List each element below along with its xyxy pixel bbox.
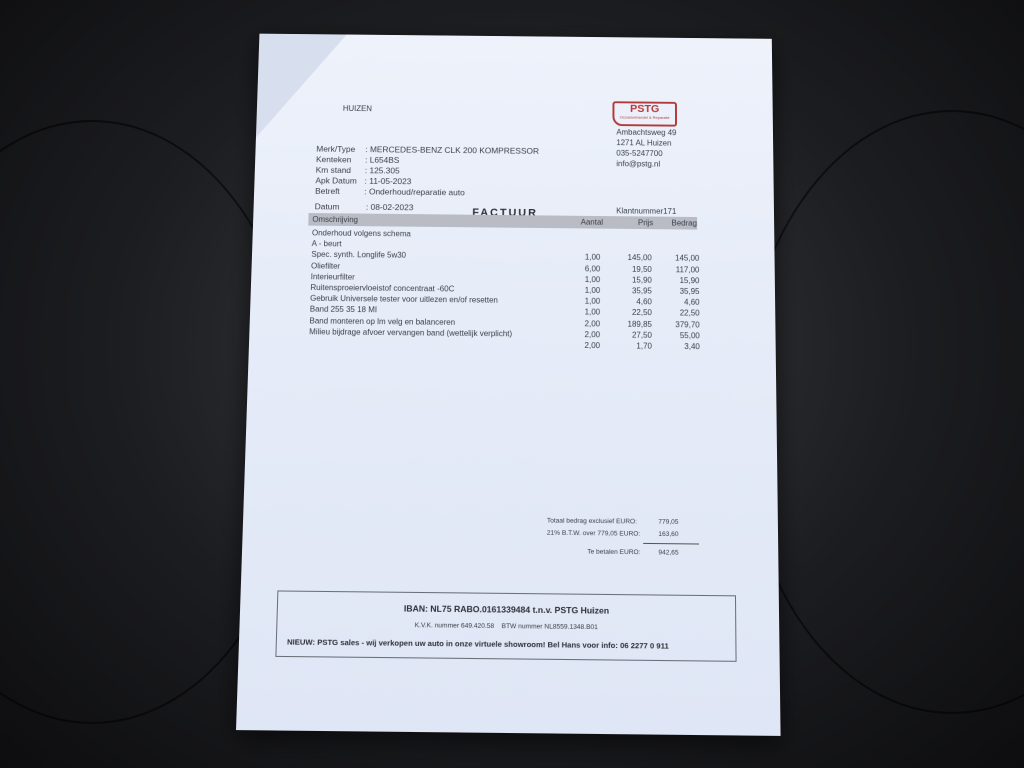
total-divider	[643, 543, 699, 545]
line-amount: 22,50	[652, 309, 700, 318]
company-phone: 035-5247700	[616, 149, 662, 158]
iban-line: IBAN: NL75 RABO.0161339484 t.n.v. PSTG H…	[278, 602, 735, 617]
line-quantity: 2,00	[560, 330, 600, 339]
line-description: Milieu bijdrage afvoer vervangen band (w…	[309, 327, 512, 338]
header-amount: Bedrag	[671, 219, 696, 228]
line-price: 15,90	[600, 275, 652, 284]
line-description: Onderhoud volgens schema	[312, 229, 411, 239]
header-description: Omschrijving	[312, 215, 358, 224]
line-price	[600, 242, 651, 243]
line-description: Oliefilter	[311, 261, 340, 270]
date-value: : 08-02-2023	[366, 202, 414, 212]
customer-number: Klantnummer171	[616, 207, 676, 216]
table-header: Omschrijving Aantal Prijs Bedrag	[308, 213, 697, 230]
line-price: 189,85	[600, 319, 652, 328]
line-price: 1,70	[600, 341, 652, 350]
vehicle-value: : L654BS	[365, 155, 400, 165]
invoice-paper: HUIZEN PSTG Occasionhandel & Reparatie A…	[236, 34, 781, 736]
line-description: Interieurfilter	[311, 272, 355, 281]
line-amount: 3,40	[652, 342, 700, 351]
vehicle-label: Betreft	[315, 186, 340, 196]
line-quantity: 1,00	[560, 297, 600, 306]
total-excl: Totaal bedrag exclusief EURO: 779,05	[547, 517, 637, 525]
vehicle-label: Km stand	[316, 165, 352, 175]
company-email: info@pstg.nl	[616, 159, 660, 168]
vehicle-label: Merk/Type	[316, 144, 355, 154]
line-description: Gebruik Universele tester voor uitlezen …	[310, 294, 498, 305]
company-city: 1271 AL Huizen	[616, 138, 671, 147]
line-price: 4,60	[600, 297, 652, 306]
line-price: 145,00	[600, 253, 651, 262]
line-amount: 55,00	[652, 331, 700, 340]
line-quantity: 2,00	[560, 341, 600, 350]
line-amount: 145,00	[652, 254, 700, 263]
line-description: A - beurt	[312, 239, 342, 248]
line-price: 35,95	[600, 286, 652, 295]
line-amount: 117,00	[652, 265, 700, 274]
line-quantity: 6,00	[561, 264, 601, 273]
vehicle-value: : MERCEDES-BENZ CLK 200 KOMPRESSOR	[365, 144, 539, 155]
total-due: Te betalen EURO: 942,65	[587, 548, 640, 556]
line-description: Ruitensproeiervloeistof concentraat -60C	[310, 283, 454, 293]
line-price: 19,50	[600, 264, 652, 273]
company-logo: PSTG Occasionhandel & Reparatie	[612, 101, 677, 126]
vehicle-label: Apk Datum	[315, 176, 357, 186]
line-quantity: 1,00	[561, 275, 601, 284]
folded-corner	[256, 34, 347, 139]
line-description: Band monteren op lm velg en balanceren	[309, 316, 455, 326]
vehicle-value: : Onderhoud/reparatie auto	[364, 187, 465, 198]
payment-footer: IBAN: NL75 RABO.0161339484 t.n.v. PSTG H…	[275, 590, 736, 661]
line-amount: 4,60	[652, 298, 700, 307]
line-amount: 15,90	[652, 276, 700, 285]
line-quantity: 1,00	[561, 253, 601, 262]
line-price: 22,50	[600, 308, 652, 317]
line-amount: 379,70	[652, 320, 700, 329]
line-amount: 35,95	[652, 287, 700, 296]
recipient-city: HUIZEN	[343, 104, 372, 113]
date-label: Datum	[315, 202, 340, 212]
company-street: Ambachtsweg 49	[616, 128, 676, 137]
registration-line: K.V.K. nummer 649.420.58 BTW nummer NL85…	[277, 620, 735, 632]
line-quantity: 1,00	[561, 286, 601, 295]
line-quantity: 1,00	[560, 308, 600, 317]
line-price	[600, 232, 651, 233]
line-description: Spec. synth. Longlife 5w30	[311, 250, 406, 260]
vehicle-label: Kenteken	[316, 154, 351, 164]
header-quantity: Aantal	[581, 218, 603, 227]
vehicle-value: : 11-05-2023	[364, 176, 411, 186]
news-line: NIEUW: PSTG sales - wij verkopen uw auto…	[287, 637, 669, 650]
header-price: Prijs	[638, 218, 653, 227]
line-quantity: 2,00	[560, 319, 600, 328]
vehicle-value: : 125.305	[365, 165, 400, 175]
line-price: 27,50	[600, 330, 652, 339]
line-description: Band 255 35 18 MI	[310, 305, 377, 315]
total-vat: 21% B.T.W. over 779,05 EURO: 163,60	[547, 530, 640, 538]
seat-stitching	[740, 110, 1024, 714]
